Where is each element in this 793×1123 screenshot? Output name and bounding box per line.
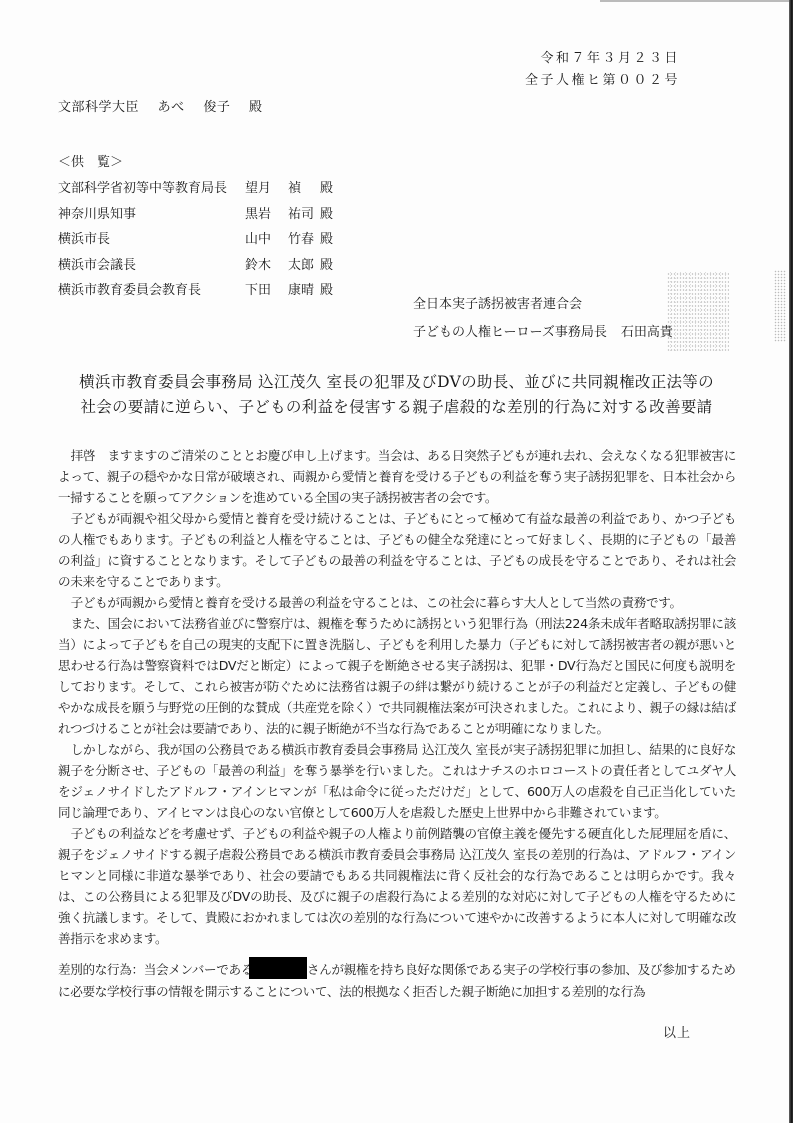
sender-name: 石田高貴	[621, 325, 673, 340]
addressee-title: 文部科学大臣	[58, 100, 139, 115]
cc-title: 神奈川県知事	[58, 203, 245, 222]
addressee-surname: あべ	[158, 100, 185, 115]
cc-recipient: 横浜市会議長 鈴木 太郎 殿	[58, 251, 340, 277]
redaction-box	[249, 957, 307, 979]
cc-given-name: 太郎	[288, 254, 320, 273]
cc-given-name: 康晴	[288, 279, 320, 298]
document-body: 拝啓 ますますのご清栄のこととお慶び申し上げます。当会は、ある日突然子どもが連れ…	[58, 445, 736, 949]
cc-heading: ＜供 覧＞	[58, 151, 123, 170]
document-number: 全子人権ヒ第００２号	[525, 70, 680, 92]
body-paragraph: 子どもが両親から愛情と養育を受ける最善の利益を守ることは、この社会に暮らす大人と…	[58, 592, 736, 613]
sender-signature-line: 子どもの人権ヒーローズ事務局長石田高貴	[413, 319, 673, 347]
sender-organization: 全日本実子誘拐被害者連合会	[413, 291, 673, 319]
cc-surname: 望月	[245, 177, 288, 196]
cc-list: 文部科学省初等中等教育局長 望月 禎 殿 神奈川県知事 黒岩 祐司 殿 横浜市長…	[58, 174, 340, 302]
cc-recipient: 文部科学省初等中等教育局長 望月 禎 殿	[58, 174, 340, 200]
document-page: 令和７年３月２３日 全子人権ヒ第００２号 文部科学大臣 あべ 俊子 殿 ＜供 覧…	[0, 0, 793, 1123]
addressee-given-name: 俊子	[203, 100, 230, 115]
sender-block: 全日本実子誘拐被害者連合会 子どもの人権ヒーローズ事務局長石田高貴	[413, 291, 673, 347]
cc-recipient: 横浜市長 山中 竹春 殿	[58, 225, 340, 251]
cc-honorific: 殿	[320, 279, 340, 298]
cc-given-name: 禎	[288, 177, 320, 196]
document-header: 令和７年３月２３日 全子人権ヒ第００２号	[525, 48, 680, 92]
body-paragraph: 子どもの利益などを考慮せず、子どもの利益や親子の人権より前例踏襲の官僚主義を優先…	[58, 823, 736, 949]
cc-surname: 山中	[245, 228, 288, 247]
cc-title: 文部科学省初等中等教育局長	[58, 177, 245, 196]
cc-surname: 鈴木	[245, 254, 288, 273]
cc-given-name: 竹春	[288, 228, 320, 247]
scan-edge-top	[600, 0, 793, 2]
faded-seal-stamp	[667, 272, 729, 352]
title-line-2: 社会の要請に逆らい、子どもの利益を侵害する親子虐殺的な差別的行為に対する改善要請	[0, 395, 793, 420]
sender-position: 子どもの人権ヒーローズ事務局長	[413, 325, 607, 340]
title-line-1: 横浜市教育委員会事務局 込江茂久 室長の犯罪及びDVの助長、並びに共同親権改正法…	[0, 370, 793, 395]
demand-prefix: 差別的な行為：当会メンバーである	[58, 962, 253, 977]
addressee: 文部科学大臣 あべ 俊子 殿	[58, 96, 276, 115]
cc-given-name: 祐司	[288, 203, 320, 222]
faded-seal-edge	[774, 270, 786, 342]
scan-edge-right	[789, 0, 793, 1123]
cc-honorific: 殿	[320, 203, 340, 222]
cc-title: 横浜市教育委員会教育長	[58, 279, 245, 298]
addressee-honorific: 殿	[249, 100, 263, 115]
cc-recipient: 神奈川県知事 黒岩 祐司 殿	[58, 200, 340, 226]
closing-mark: 以上	[663, 1022, 691, 1041]
body-paragraph: 子どもが両親や祖父母から愛情と養育を受け続けることは、子どもにとって極めて有益な…	[58, 508, 736, 592]
body-paragraph: しかしながら、我が国の公務員である横浜市教育委員会事務局 込江茂久 室長が実子誘…	[58, 739, 736, 823]
cc-surname: 黒岩	[245, 203, 288, 222]
document-title: 横浜市教育委員会事務局 込江茂久 室長の犯罪及びDVの助長、並びに共同親権改正法…	[0, 370, 793, 420]
body-paragraph: 拝啓 ますますのご清栄のこととお慶び申し上げます。当会は、ある日突然子どもが連れ…	[58, 445, 736, 508]
demand-statement: 差別的な行為：当会メンバーであるさんが親権を持ち良好な関係である実子の学校行事の…	[58, 957, 736, 1003]
document-date: 令和７年３月２３日	[525, 48, 680, 70]
cc-honorific: 殿	[320, 254, 340, 273]
cc-honorific: 殿	[320, 228, 340, 247]
cc-title: 横浜市会議長	[58, 254, 245, 273]
body-paragraph: また、国会において法務省並びに警察庁は、親権を奪うために誘拐という犯罪行為（刑法…	[58, 613, 736, 739]
cc-recipient: 横浜市教育委員会教育長 下田 康晴 殿	[58, 276, 340, 302]
cc-surname: 下田	[245, 279, 288, 298]
cc-honorific: 殿	[320, 177, 340, 196]
cc-title: 横浜市長	[58, 228, 245, 247]
